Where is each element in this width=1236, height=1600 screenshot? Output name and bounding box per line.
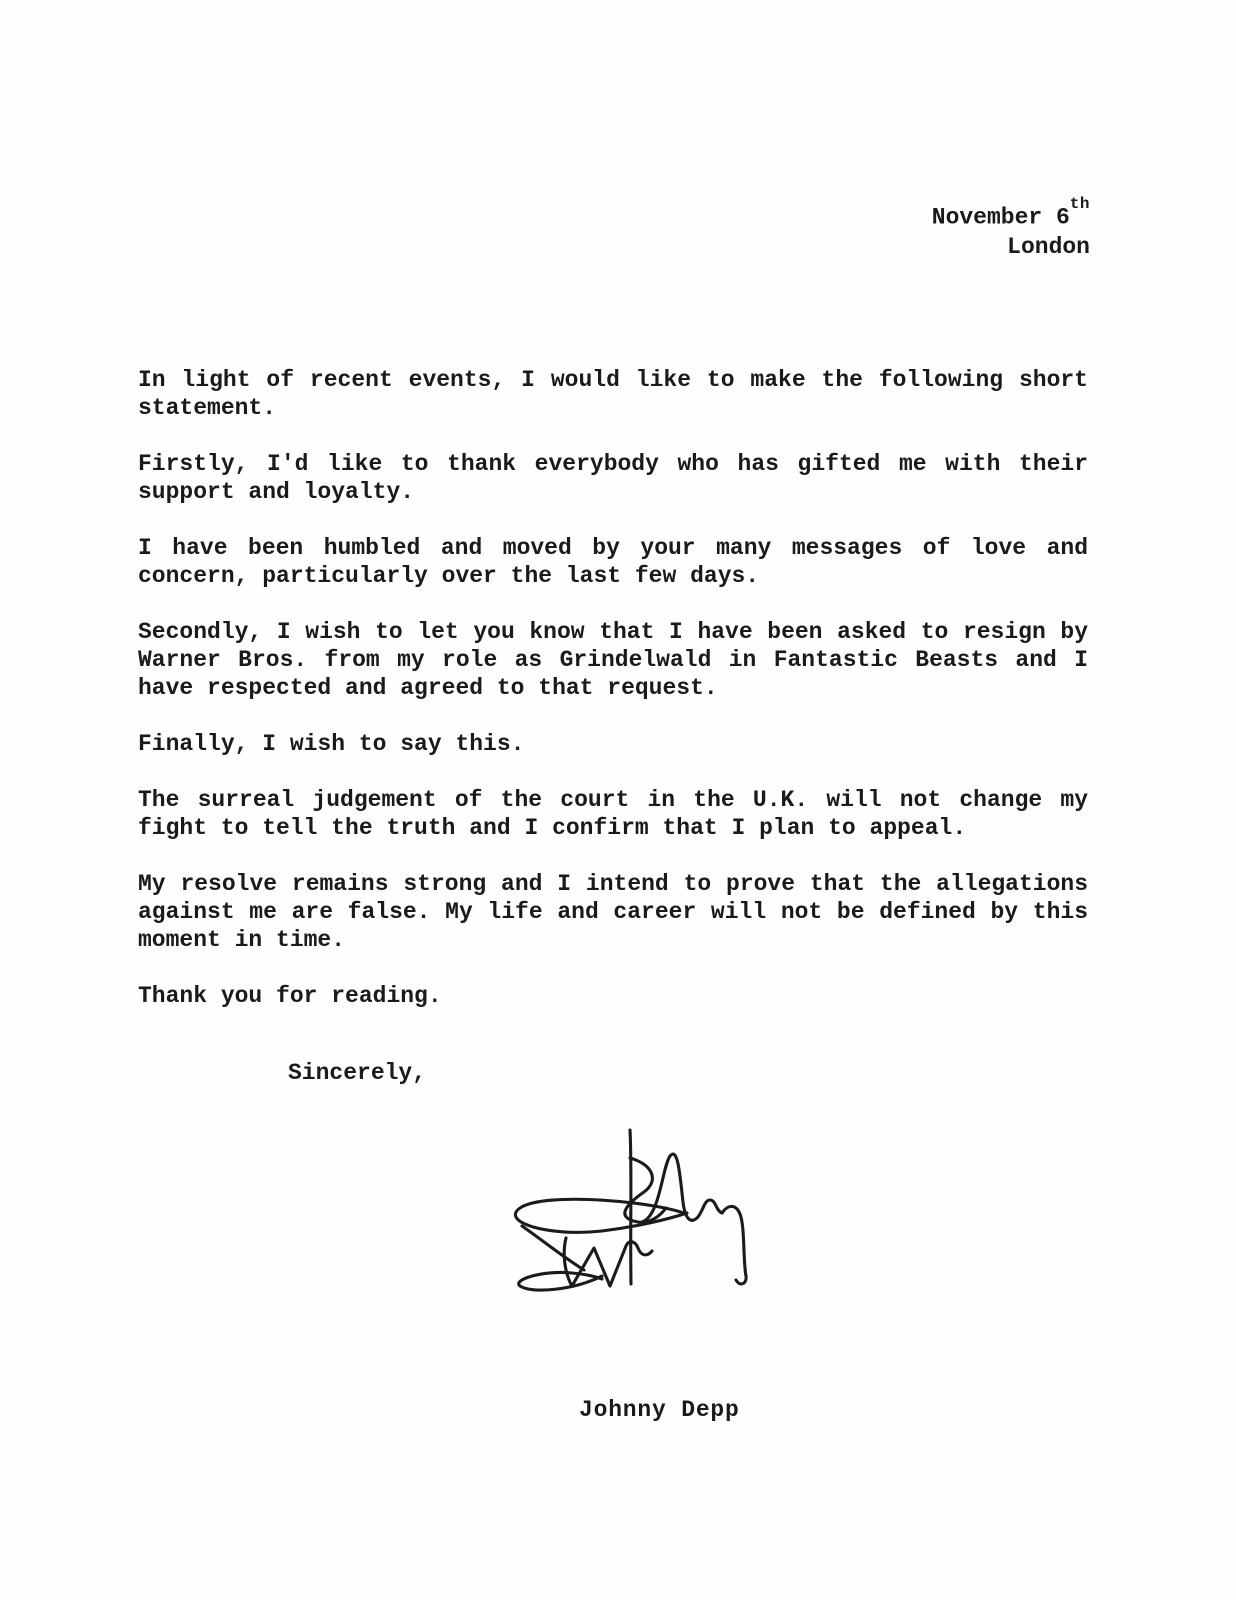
dateline-date-suffix: th	[1070, 195, 1090, 213]
text-line: fight to tell the truth and I confirm th…	[138, 814, 1088, 842]
letter-page: November 6th London In light of recent e…	[0, 0, 1236, 1600]
dateline-date-main: November 6	[932, 205, 1070, 231]
paragraph: Secondly, I wish to let you know that I …	[138, 618, 1088, 702]
text-line: have respected and agreed to that reques…	[138, 674, 1088, 702]
text-line: My resolve remains strong and I intend t…	[138, 870, 1088, 898]
text-line: Secondly, I wish to let you know that I …	[138, 618, 1088, 646]
paragraph: Thank you for reading.	[138, 982, 1088, 1010]
letter-body: In light of recent events, I would like …	[138, 366, 1088, 1087]
text-line: Finally, I wish to say this.	[138, 730, 1088, 758]
text-line: In light of recent events, I would like …	[138, 366, 1088, 394]
dateline-city: London	[932, 233, 1090, 262]
signature-stroke-vertical	[630, 1130, 631, 1284]
paragraph: In light of recent events, I would like …	[138, 366, 1088, 422]
text-line: statement.	[138, 394, 1088, 422]
text-line: moment in time.	[138, 926, 1088, 954]
paragraph: Firstly, I'd like to thank everybody who…	[138, 450, 1088, 506]
signature-scribble	[490, 1116, 750, 1296]
text-line: against me are false. My life and career…	[138, 898, 1088, 926]
paragraph: The surreal judgement of the court in th…	[138, 786, 1088, 842]
text-line: concern, particularly over the last few …	[138, 562, 1088, 590]
paragraph: I have been humbled and moved by your ma…	[138, 534, 1088, 590]
text-line: Firstly, I'd like to thank everybody who…	[138, 450, 1088, 478]
paragraph: Finally, I wish to say this.	[138, 730, 1088, 758]
text-line: Warner Bros. from my role as Grindelwald…	[138, 646, 1088, 674]
text-line: I have been humbled and moved by your ma…	[138, 534, 1088, 562]
text-line: support and loyalty.	[138, 478, 1088, 506]
dateline-date: November 6th	[932, 197, 1090, 233]
typed-signature-name: Johnny Depp	[579, 1396, 740, 1424]
signature-stroke-ellipse	[515, 1199, 687, 1232]
dateline: November 6th London	[932, 197, 1090, 262]
closing-salutation: Sincerely,	[288, 1059, 1088, 1087]
signature-stroke-w	[564, 1238, 652, 1286]
signature-stroke-right	[642, 1154, 746, 1284]
text-line: The surreal judgement of the court in th…	[138, 786, 1088, 814]
text-line: Thank you for reading.	[138, 982, 1088, 1010]
paragraph: My resolve remains strong and I intend t…	[138, 870, 1088, 954]
